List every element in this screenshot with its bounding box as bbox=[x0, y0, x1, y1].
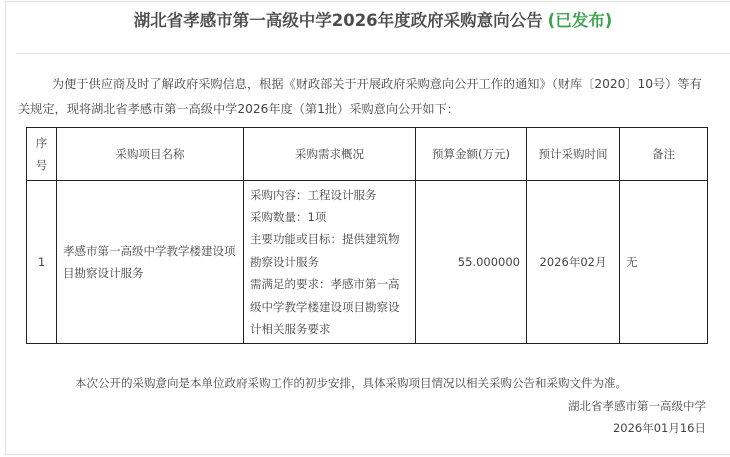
needs-goal: 主要功能或目标：提供建筑物勘察设计服务 bbox=[250, 228, 409, 273]
col-header-seq: 序 号 bbox=[27, 128, 57, 181]
needs-content: 采购内容：工程设计服务 bbox=[250, 184, 409, 206]
intro-paragraph: 为便于供应商及时了解政府采购信息，根据《财政部关于开展政府采购意向公开工作的通知… bbox=[18, 72, 708, 122]
cell-remark: 无 bbox=[620, 181, 708, 344]
table-header-row: 序 号 采购项目名称 采购需求概况 预算金额(万元) 预计采购时间 备注 bbox=[27, 128, 708, 181]
col-header-name: 采购项目名称 bbox=[57, 128, 244, 181]
col-header-seq-1: 序 bbox=[36, 136, 48, 150]
col-header-time: 预计采购时间 bbox=[527, 128, 620, 181]
col-header-seq-2: 号 bbox=[36, 158, 48, 172]
cell-needs: 采购内容：工程设计服务 采购数量：1项 主要功能或目标：提供建筑物勘察设计服务 … bbox=[244, 181, 416, 344]
status-badge: (已发布) bbox=[548, 11, 613, 30]
cell-time: 2026年02月 bbox=[527, 181, 620, 344]
intro-line-2: 关规定，现将湖北省孝感市第一高级中学2026年度（第1批）采购意向公开如下： bbox=[18, 97, 708, 122]
needs-quantity: 采购数量：1项 bbox=[250, 206, 409, 228]
cell-seq: 1 bbox=[27, 181, 57, 344]
issue-date: 2026年01月16日 bbox=[613, 420, 706, 436]
title-bar: 湖北省孝感市第一高级中学2026年度政府采购意向公告(已发布) bbox=[16, 0, 730, 54]
intro-line-1: 为便于供应商及时了解政府采购信息，根据《财政部关于开展政府采购意向公开工作的通知… bbox=[18, 72, 708, 97]
procurement-intent-table: 序 号 采购项目名称 采购需求概况 预算金额(万元) 预计采购时间 备注 1 孝… bbox=[26, 127, 708, 344]
col-header-budget: 预算金额(万元) bbox=[416, 128, 527, 181]
page-title: 湖北省孝感市第一高级中学2026年度政府采购意向公告(已发布) bbox=[134, 7, 613, 31]
disclaimer-note: 本次公开的采购意向是本单位政府采购工作的初步安排，具体采购项目情况以相关采购公告… bbox=[75, 375, 627, 391]
cell-budget: 55.000000 bbox=[416, 181, 527, 344]
page-title-text: 湖北省孝感市第一高级中学2026年度政府采购意向公告 bbox=[134, 11, 543, 30]
table-row: 1 孝感市第一高级中学教学楼建设项目勘察设计服务 采购内容：工程设计服务 采购数… bbox=[27, 181, 708, 344]
issuing-organization: 湖北省孝感市第一高级中学 bbox=[568, 398, 706, 414]
col-header-needs: 采购需求概况 bbox=[244, 128, 416, 181]
col-header-remark: 备注 bbox=[620, 128, 708, 181]
cell-project-name: 孝感市第一高级中学教学楼建设项目勘察设计服务 bbox=[57, 181, 244, 344]
needs-requirements: 需满足的要求：孝感市第一高级中学教学楼建设项目勘察设计相关服务要求 bbox=[250, 273, 409, 340]
